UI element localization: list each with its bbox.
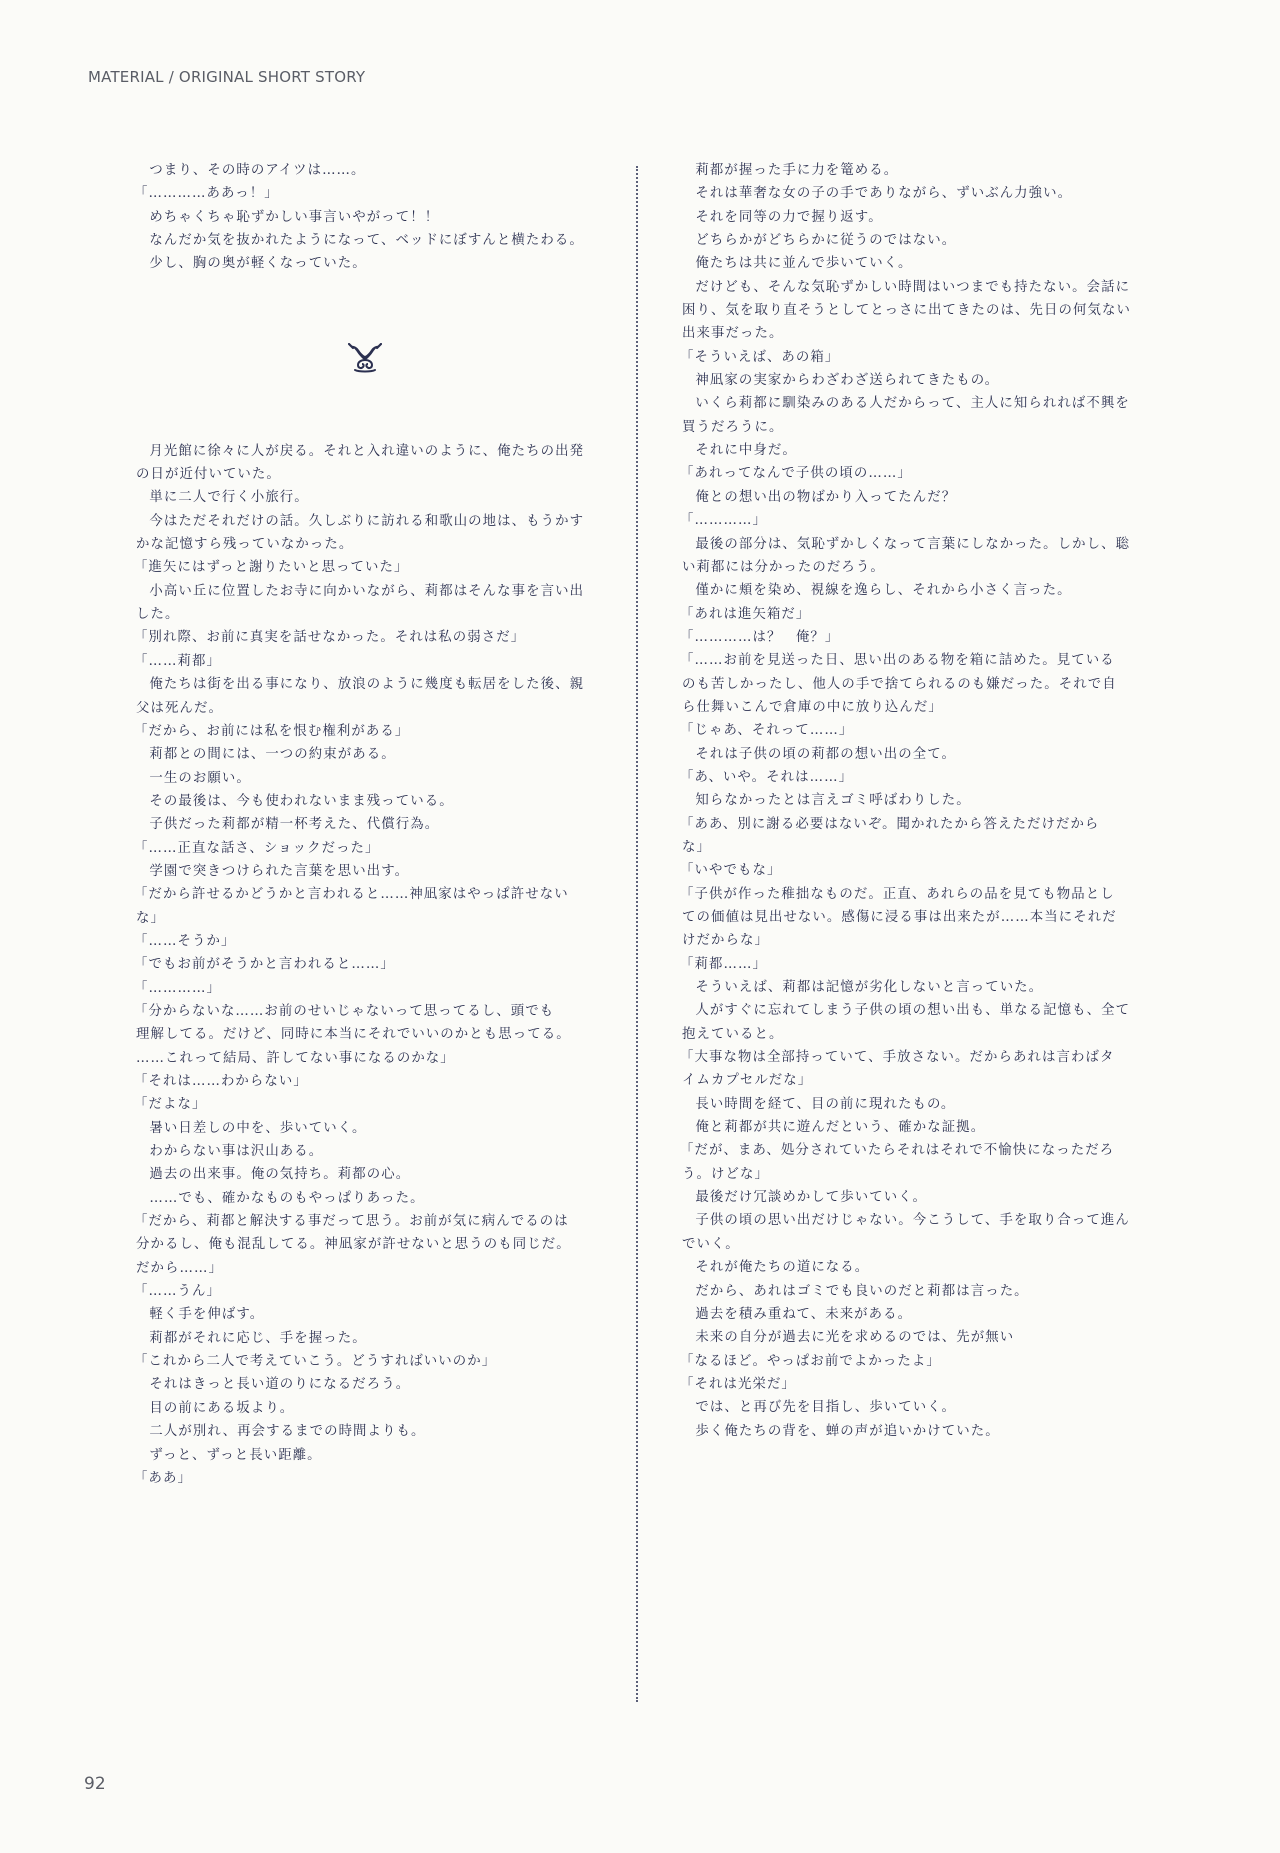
dialog-line: 「……莉都」 [136,650,586,673]
dialog-line: 「これから二人で考えていこう。どうすればいいのか」 [136,1350,586,1373]
narration-paragraph: それはきっと長い道のりになるだろう。 [136,1373,586,1396]
dialog-line: 「それは光栄だ」 [682,1373,1134,1396]
narration-paragraph: それに中身だ。 [682,439,1134,462]
dialog-line: 「それは……わからない」 [136,1070,586,1093]
narration-paragraph: 目の前にある坂より。 [136,1397,586,1420]
dialog-line: 「…………は？ 俺？」 [682,626,1134,649]
dialog-line: 「……そうか」 [136,930,586,953]
narration-paragraph: だから、あれはゴミでも良いのだと莉都は言った。 [682,1280,1134,1303]
narration-paragraph: 俺たちは街を出る事になり、放浪のように幾度も転居をした後、親父は死んだ。 [136,673,586,720]
story-section-1: つまり、その時のアイツは……。「…………ああっ！」めちゃくちゃ恥ずかしい事言いや… [136,159,586,276]
narration-paragraph: それが俺たちの道になる。 [682,1256,1134,1279]
narration-paragraph: 歩く俺たちの背を、蝉の声が追いかけていた。 [682,1420,1134,1443]
dialog-line: 「別れ際、お前に真実を話せなかった。それは私の弱さだ」 [136,626,586,649]
narration-paragraph: なんだか気を抜かれたようになって、ベッドにぼすんと横たわる。 [136,229,586,252]
narration-paragraph: 暑い日差しの中を、歩いていく。 [136,1117,586,1140]
narration-paragraph: めちゃくちゃ恥ずかしい事言いやがって！！ [136,206,586,229]
dialog-line: 「ああ」 [136,1467,586,1490]
right-column: 莉都が握った手に力を篭める。それは華奢な女の子の手でありながら、ずいぶん力強い。… [682,159,1134,1443]
narration-paragraph: 知らなかったとは言えゴミ呼ばわりした。 [682,789,1134,812]
dialog-line: 「分からないな……お前のせいじゃないって思ってるし、頭でも 理解してる。だけど、… [136,1000,586,1070]
narration-paragraph: 俺と莉都が共に遊んだという、確かな証拠。 [682,1116,1134,1139]
dialog-line: 「でもお前がそうかと言われると……」 [136,953,586,976]
dialog-line: 「いやでもな」 [682,859,1134,882]
dialog-line: 「だから、莉都と解決する事だって思う。お前が気に病んでるのは 分かるし、俺も混乱… [136,1210,586,1280]
narration-paragraph: 少し、胸の奥が軽くなっていた。 [136,252,586,275]
narration-paragraph: 二人が別れ、再会するまでの時間よりも。 [136,1420,586,1443]
narration-paragraph: 莉都がそれに応じ、手を握った。 [136,1327,586,1350]
page-number: 92 [84,1774,106,1794]
narration-paragraph: 過去を積み重ねて、未来がある。 [682,1303,1134,1326]
dialog-line: 「大事な物は全部持っていて、手放さない。だからあれは言わばタ イムカプセルだな」 [682,1046,1134,1093]
narration-paragraph: 子供だった莉都が精一杯考えた、代償行為。 [136,813,586,836]
narration-paragraph: いくら莉都に馴染みのある人だからって、主人に知られれば不興を買うだろうに。 [682,392,1134,439]
narration-paragraph: 過去の出来事。俺の気持ち。莉都の心。 [136,1163,586,1186]
narration-paragraph: 最後の部分は、気恥ずかしくなって言葉にしなかった。しかし、聡い莉都には分かったの… [682,533,1134,580]
narration-paragraph: 一生のお願い。 [136,767,586,790]
section-break [136,276,586,440]
dialog-line: 「あれってなんで子供の頃の……」 [682,462,1134,485]
story-section-2-continued: 莉都が握った手に力を篭める。それは華奢な女の子の手でありながら、ずいぶん力強い。… [682,159,1134,1443]
narration-paragraph: 最後だけ冗談めかして歩いていく。 [682,1186,1134,1209]
dialog-line: 「子供が作った稚拙なものだ。正直、あれらの品を見ても物品とし ての価値は見出せな… [682,883,1134,953]
narration-paragraph: ……でも、確かなものもやっぱりあった。 [136,1187,586,1210]
narration-paragraph: その最後は、今も使われないまま残っている。 [136,790,586,813]
narration-paragraph: 俺たちは共に並んで歩いていく。 [682,252,1134,275]
narration-paragraph: では、と再び先を目指し、歩いていく。 [682,1396,1134,1419]
narration-paragraph: 俺との想い出の物ばかり入ってたんだ？ [682,486,1134,509]
dialog-line: 「莉都……」 [682,953,1134,976]
narration-paragraph: ずっと、ずっと長い距離。 [136,1444,586,1467]
dialog-line: 「あ、いや。それは……」 [682,766,1134,789]
narration-paragraph: 僅かに頬を染め、視線を逸らし、それから小さく言った。 [682,579,1134,602]
story-section-2: 月光館に徐々に人が戻る。それと入れ違いのように、俺たちの出発の日が近付いていた。… [136,440,586,1490]
narration-paragraph: それは華奢な女の子の手でありながら、ずいぶん力強い。 [682,182,1134,205]
dialog-line: 「だから、お前には私を恨む権利がある」 [136,720,586,743]
narration-paragraph: 学園で突きつけられた言葉を思い出す。 [136,860,586,883]
narration-paragraph: 今はただそれだけの話。久しぶりに訪れる和歌山の地は、もうかすかな記憶すら残ってい… [136,510,586,557]
narration-paragraph: 人がすぐに忘れてしまう子供の頃の想い出も、単なる記憶も、全て抱えていると。 [682,999,1134,1046]
narration-paragraph: そういえば、莉都は記憶が劣化しないと言っていた。 [682,976,1134,999]
narration-paragraph: 子供の頃の思い出だけじゃない。今こうして、手を取り合って進んでいく。 [682,1209,1134,1256]
narration-paragraph: 長い時間を経て、目の前に現れたもの。 [682,1093,1134,1116]
dialog-line: 「……正直な話さ、ショックだった」 [136,837,586,860]
dialog-line: 「……うん」 [136,1280,586,1303]
narration-paragraph: だけども、そんな気恥ずかしい時間はいつまでも持たない。会話に困り、気を取り直そう… [682,276,1134,346]
narration-paragraph: 軽く手を伸ばす。 [136,1303,586,1326]
narration-paragraph: 月光館に徐々に人が戻る。それと入れ違いのように、俺たちの出発の日が近付いていた。 [136,440,586,487]
dialog-line: 「だが、まあ、処分されていたらそれはそれで不愉快になっただろ う。けどな」 [682,1139,1134,1186]
narration-paragraph: 莉都が握った手に力を篭める。 [682,159,1134,182]
dialog-line: 「だから許せるかどうかと言われると……神凪家はやっぱ許せないな」 [136,883,586,930]
dialog-line: 「じゃあ、それって……」 [682,719,1134,742]
dialog-line: 「進矢にはずっと謝りたいと思っていた」 [136,556,586,579]
dialog-line: 「ああ、別に謝る必要はないぞ。聞かれたから答えただけだから な」 [682,813,1134,860]
narration-paragraph: 莉都との間には、一つの約束がある。 [136,743,586,766]
dialog-line: 「そういえば、あの箱」 [682,346,1134,369]
left-column: つまり、その時のアイツは……。「…………ああっ！」めちゃくちゃ恥ずかしい事言いや… [136,159,586,1490]
narration-paragraph: 単に二人で行く小旅行。 [136,486,586,509]
narration-paragraph: それは子供の頃の莉都の想い出の全て。 [682,743,1134,766]
dialog-line: 「…………ああっ！」 [136,182,586,205]
dialog-line: 「なるほど。やっぱお前でよかったよ」 [682,1350,1134,1373]
dialog-line: 「だよな」 [136,1093,586,1116]
narration-paragraph: つまり、その時のアイツは……。 [136,159,586,182]
dialog-line: 「……お前を見送った日、思い出のある物を箱に詰めた。見ている のも苦しかったし、… [682,649,1134,719]
dialog-line: 「…………」 [682,509,1134,532]
narration-paragraph: わからない事は沢山ある。 [136,1140,586,1163]
narration-paragraph: 神凪家の実家からわざわざ送られてきたもの。 [682,369,1134,392]
section-header: MATERIAL / ORIGINAL SHORT STORY [88,68,365,86]
dialog-line: 「あれは進矢箱だ」 [682,603,1134,626]
narration-paragraph: それを同等の力で握り返す。 [682,206,1134,229]
fleuron-ornament-icon [348,343,382,373]
narration-paragraph: 未来の自分が過去に光を求めるのでは、先が無い [682,1326,1134,1349]
column-divider [636,166,638,1702]
narration-paragraph: どちらかがどちらかに従うのではない。 [682,229,1134,252]
narration-paragraph: 小高い丘に位置したお寺に向かいながら、莉都はそんな事を言い出した。 [136,580,586,627]
dialog-line: 「…………」 [136,977,586,1000]
